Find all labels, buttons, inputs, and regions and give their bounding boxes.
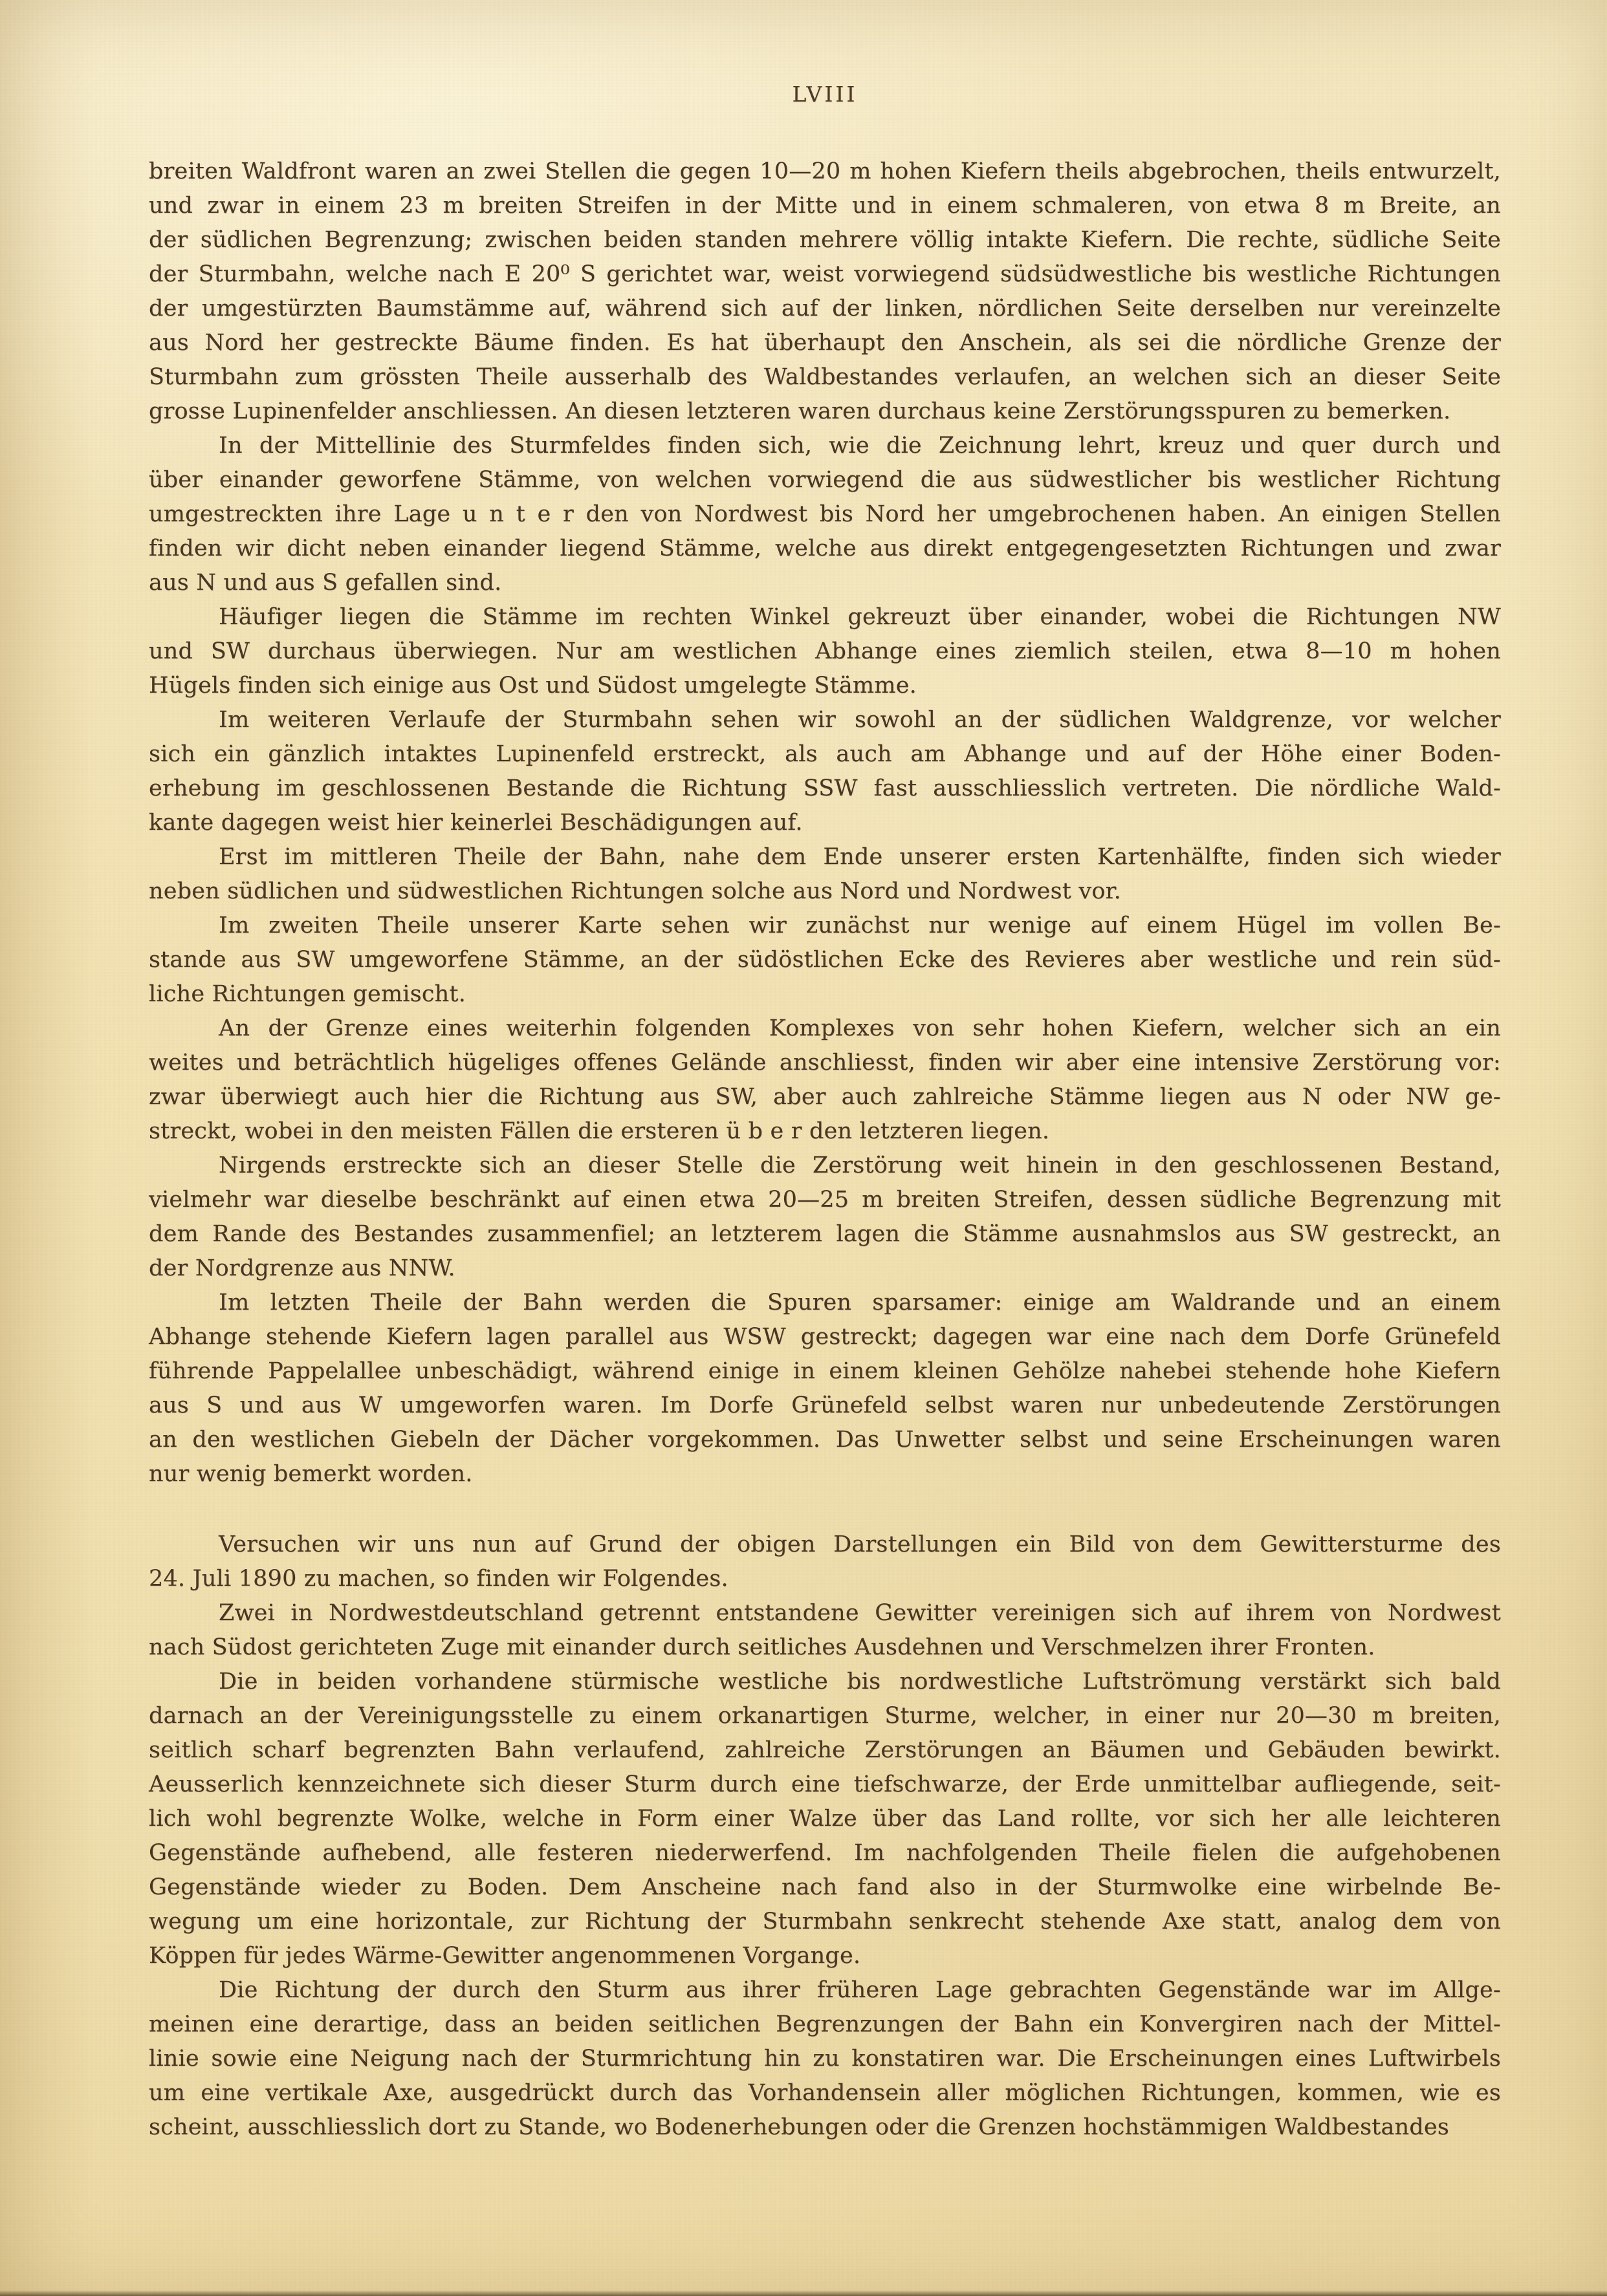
paragraph: Im letzten Theile der Bahn werden die Sp… <box>149 1286 1501 1491</box>
text-line: Im weiteren Verlaufe der Sturmbahn sehen… <box>149 703 1501 737</box>
paragraph: In der Mittellinie des Sturmfeldes finde… <box>149 429 1501 600</box>
text-line: umgestreckten ihre Lage u n t e r den vo… <box>149 497 1501 532</box>
text-line: über einander geworfene Stämme, von welc… <box>149 463 1501 497</box>
text-line: Die Richtung der durch den Sturm aus ihr… <box>149 1973 1501 2008</box>
text-line: Sturmbahn zum grössten Theile ausserhalb… <box>149 360 1501 395</box>
scanned-book-page: { "page": { "page_number": "LVIII", "lan… <box>0 0 1607 2296</box>
text-line: nach Südost gerichteten Zuge mit einande… <box>149 1630 1501 1665</box>
text-line: Zwei in Nordwestdeutschland getrennt ent… <box>149 1596 1501 1630</box>
paragraph: Zwei in Nordwestdeutschland getrennt ent… <box>149 1596 1501 1665</box>
text-line: der Nordgrenze aus NNW. <box>149 1251 1501 1286</box>
text-line: sich ein gänzlich intaktes Lupinenfeld e… <box>149 737 1501 772</box>
text-line: Versuchen wir uns nun auf Grund der obig… <box>149 1528 1501 1562</box>
text-line: zwar überwiegt auch hier die Richtung au… <box>149 1080 1501 1114</box>
text-line: grosse Lupinenfelder anschliessen. An di… <box>149 395 1501 429</box>
text-line: vielmehr war dieselbe beschränkt auf ein… <box>149 1183 1501 1217</box>
paragraph: Die Richtung der durch den Sturm aus ihr… <box>149 1973 1501 2145</box>
text-line: Gegenstände wieder zu Boden. Dem Anschei… <box>149 1870 1501 1905</box>
text-line: der umgestürzten Baumstämme auf, während… <box>149 292 1501 326</box>
text-line: Hügels finden sich einige aus Ost und Sü… <box>149 669 1501 703</box>
text-line: meinen eine derartige, dass an beiden se… <box>149 2008 1501 2042</box>
paragraph: Nirgends erstreckte sich an dieser Stell… <box>149 1149 1501 1286</box>
text-line: seitlich scharf begrenzten Bahn verlaufe… <box>149 1733 1501 1768</box>
text-line: aus Nord her gestreckte Bäume finden. Es… <box>149 326 1501 360</box>
text-line: Gegenstände aufhebend, alle festeren nie… <box>149 1836 1501 1870</box>
text-line: In der Mittellinie des Sturmfeldes finde… <box>149 429 1501 463</box>
text-line: Köppen für jedes Wärme-Gewitter angenomm… <box>149 1939 1501 1973</box>
text-line: 24. Juli 1890 zu machen, so finden wir F… <box>149 1562 1501 1596</box>
text-line: nur wenig bemerkt worden. <box>149 1457 1501 1491</box>
page-number: LVIII <box>149 81 1501 107</box>
paragraph: breiten Waldfront waren an zwei Stellen … <box>149 155 1501 429</box>
paragraph: Erst im mittleren Theile der Bahn, nahe … <box>149 840 1501 909</box>
text-line: Die in beiden vorhandene stürmische west… <box>149 1665 1501 1699</box>
paragraph: Versuchen wir uns nun auf Grund der obig… <box>149 1528 1501 1596</box>
text-column: breiten Waldfront waren an zwei Stellen … <box>149 155 1501 2145</box>
text-line: erhebung im geschlossenen Bestande die R… <box>149 772 1501 806</box>
paragraph: An der Grenze eines weiterhin folgenden … <box>149 1012 1501 1149</box>
paragraph: Im zweiten Theile unserer Karte sehen wi… <box>149 909 1501 1012</box>
text-line: finden wir dicht neben einander liegend … <box>149 532 1501 566</box>
text-line: Aeusserlich kennzeichnete sich dieser St… <box>149 1768 1501 1802</box>
text-line: stande aus SW umgeworfene Stämme, an der… <box>149 943 1501 977</box>
text-line: Im zweiten Theile unserer Karte sehen wi… <box>149 909 1501 943</box>
scan-bottom-edge <box>0 2290 1607 2296</box>
text-line: neben südlichen und südwestlichen Richtu… <box>149 874 1501 909</box>
text-line: wegung um eine horizontale, zur Richtung… <box>149 1905 1501 1939</box>
text-line: Häufiger liegen die Stämme im rechten Wi… <box>149 600 1501 634</box>
text-line: scheint, ausschliesslich dort zu Stande,… <box>149 2110 1501 2145</box>
text-line: liche Richtungen gemischt. <box>149 977 1501 1012</box>
text-line: darnach an der Vereinigungsstelle zu ein… <box>149 1699 1501 1733</box>
text-line: der Sturmbahn, welche nach E 20⁰ S geric… <box>149 257 1501 292</box>
text-line: Im letzten Theile der Bahn werden die Sp… <box>149 1286 1501 1320</box>
text-line: und SW durchaus überwiegen. Nur am westl… <box>149 634 1501 669</box>
paragraph: Häufiger liegen die Stämme im rechten Wi… <box>149 600 1501 703</box>
text-line: der südlichen Begrenzung; zwischen beide… <box>149 223 1501 257</box>
text-line: streckt, wobei in den meisten Fällen die… <box>149 1114 1501 1149</box>
text-line: kante dagegen weist hier keinerlei Besch… <box>149 806 1501 840</box>
paragraph: Im weiteren Verlaufe der Sturmbahn sehen… <box>149 703 1501 840</box>
text-line: und zwar in einem 23 m breiten Streifen … <box>149 189 1501 223</box>
text-line: breiten Waldfront waren an zwei Stellen … <box>149 155 1501 189</box>
text-line: linie sowie eine Neigung nach der Sturmr… <box>149 2042 1501 2076</box>
text-line: um eine vertikale Axe, ausgedrückt durch… <box>149 2076 1501 2110</box>
text-line: führende Pappelallee unbeschädigt, währe… <box>149 1354 1501 1389</box>
text-line: aus S und aus W umgeworfen waren. Im Dor… <box>149 1389 1501 1423</box>
text-line: dem Rande des Bestandes zusammenfiel; an… <box>149 1217 1501 1251</box>
text-line: an den westlichen Giebeln der Dächer vor… <box>149 1423 1501 1457</box>
text-line: An der Grenze eines weiterhin folgenden … <box>149 1012 1501 1046</box>
text-line: Nirgends erstreckte sich an dieser Stell… <box>149 1149 1501 1183</box>
text-line: aus N und aus S gefallen sind. <box>149 566 1501 600</box>
text-line: Abhange stehende Kiefern lagen parallel … <box>149 1320 1501 1354</box>
paragraph: Die in beiden vorhandene stürmische west… <box>149 1665 1501 1973</box>
text-line: Erst im mittleren Theile der Bahn, nahe … <box>149 840 1501 874</box>
text-line: weites und beträchtlich hügeliges offene… <box>149 1046 1501 1080</box>
text-line: lich wohl begrenzte Wolke, welche in For… <box>149 1802 1501 1836</box>
